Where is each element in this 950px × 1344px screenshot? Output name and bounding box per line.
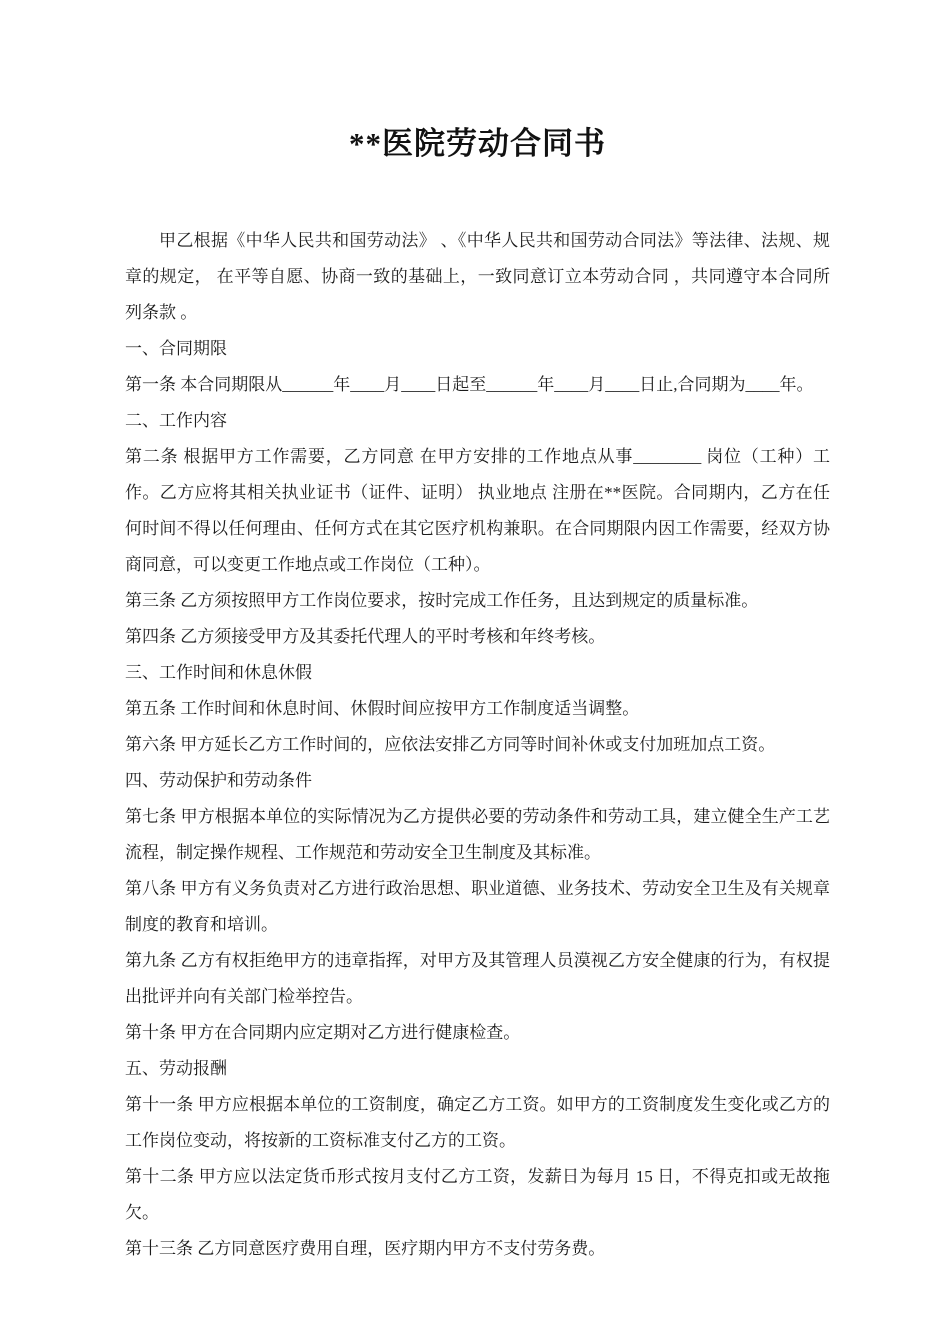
section-heading-labor-protection: 四、劳动保护和劳动条件 (125, 763, 830, 799)
clause-11: 第十一条 甲方应根据本单位的工资制度，确定乙方工资。如甲方的工资制度发生变化或乙… (125, 1087, 830, 1159)
clause-2: 第二条 根据甲方工作需要，乙方同意 在甲方安排的工作地点从事________ 岗… (125, 439, 830, 583)
section-heading-labor-remuneration: 五、劳动报酬 (125, 1051, 830, 1087)
clause-1: 第一条 本合同期限从______年____月____日起至______年____… (125, 367, 830, 403)
section-heading-work-content: 二、工作内容 (125, 403, 830, 439)
section-heading-work-hours: 三、工作时间和休息休假 (125, 655, 830, 691)
clause-7: 第七条 甲方根据本单位的实际情况为乙方提供必要的劳动条件和劳动工具，建立健全生产… (125, 799, 830, 871)
clause-13: 第十三条 乙方同意医疗费用自理，医疗期内甲方不支付劳务费。 (125, 1231, 830, 1267)
preamble-paragraph: 甲乙根据《中华人民共和国劳动法》 、《中华人民共和国劳动合同法》等法律、法规、规… (125, 223, 830, 331)
clause-5: 第五条 工作时间和休息时间、休假时间应按甲方工作制度适当调整。 (125, 691, 830, 727)
contract-document-page: **医院劳动合同书 甲乙根据《中华人民共和国劳动法》 、《中华人民共和国劳动合同… (0, 0, 950, 1344)
clause-8: 第八条 甲方有义务负责对乙方进行政治思想、职业道德、业务技术、劳动安全卫生及有关… (125, 871, 830, 943)
clause-3: 第三条 乙方须按照甲方工作岗位要求，按时完成工作任务，且达到规定的质量标准。 (125, 583, 830, 619)
document-body: 甲乙根据《中华人民共和国劳动法》 、《中华人民共和国劳动合同法》等法律、法规、规… (125, 223, 830, 1267)
section-heading-contract-term: 一、合同期限 (125, 331, 830, 367)
clause-6: 第六条 甲方延长乙方工作时间的，应依法安排乙方同等时间补休或支付加班加点工资。 (125, 727, 830, 763)
clause-4: 第四条 乙方须接受甲方及其委托代理人的平时考核和年终考核。 (125, 619, 830, 655)
document-title: **医院劳动合同书 (125, 118, 830, 163)
clause-12: 第十二条 甲方应以法定货币形式按月支付乙方工资，发薪日为每月 15 日，不得克扣… (125, 1159, 830, 1231)
clause-10: 第十条 甲方在合同期内应定期对乙方进行健康检查。 (125, 1015, 830, 1051)
clause-9: 第九条 乙方有权拒绝甲方的违章指挥，对甲方及其管理人员漠视乙方安全健康的行为，有… (125, 943, 830, 1015)
